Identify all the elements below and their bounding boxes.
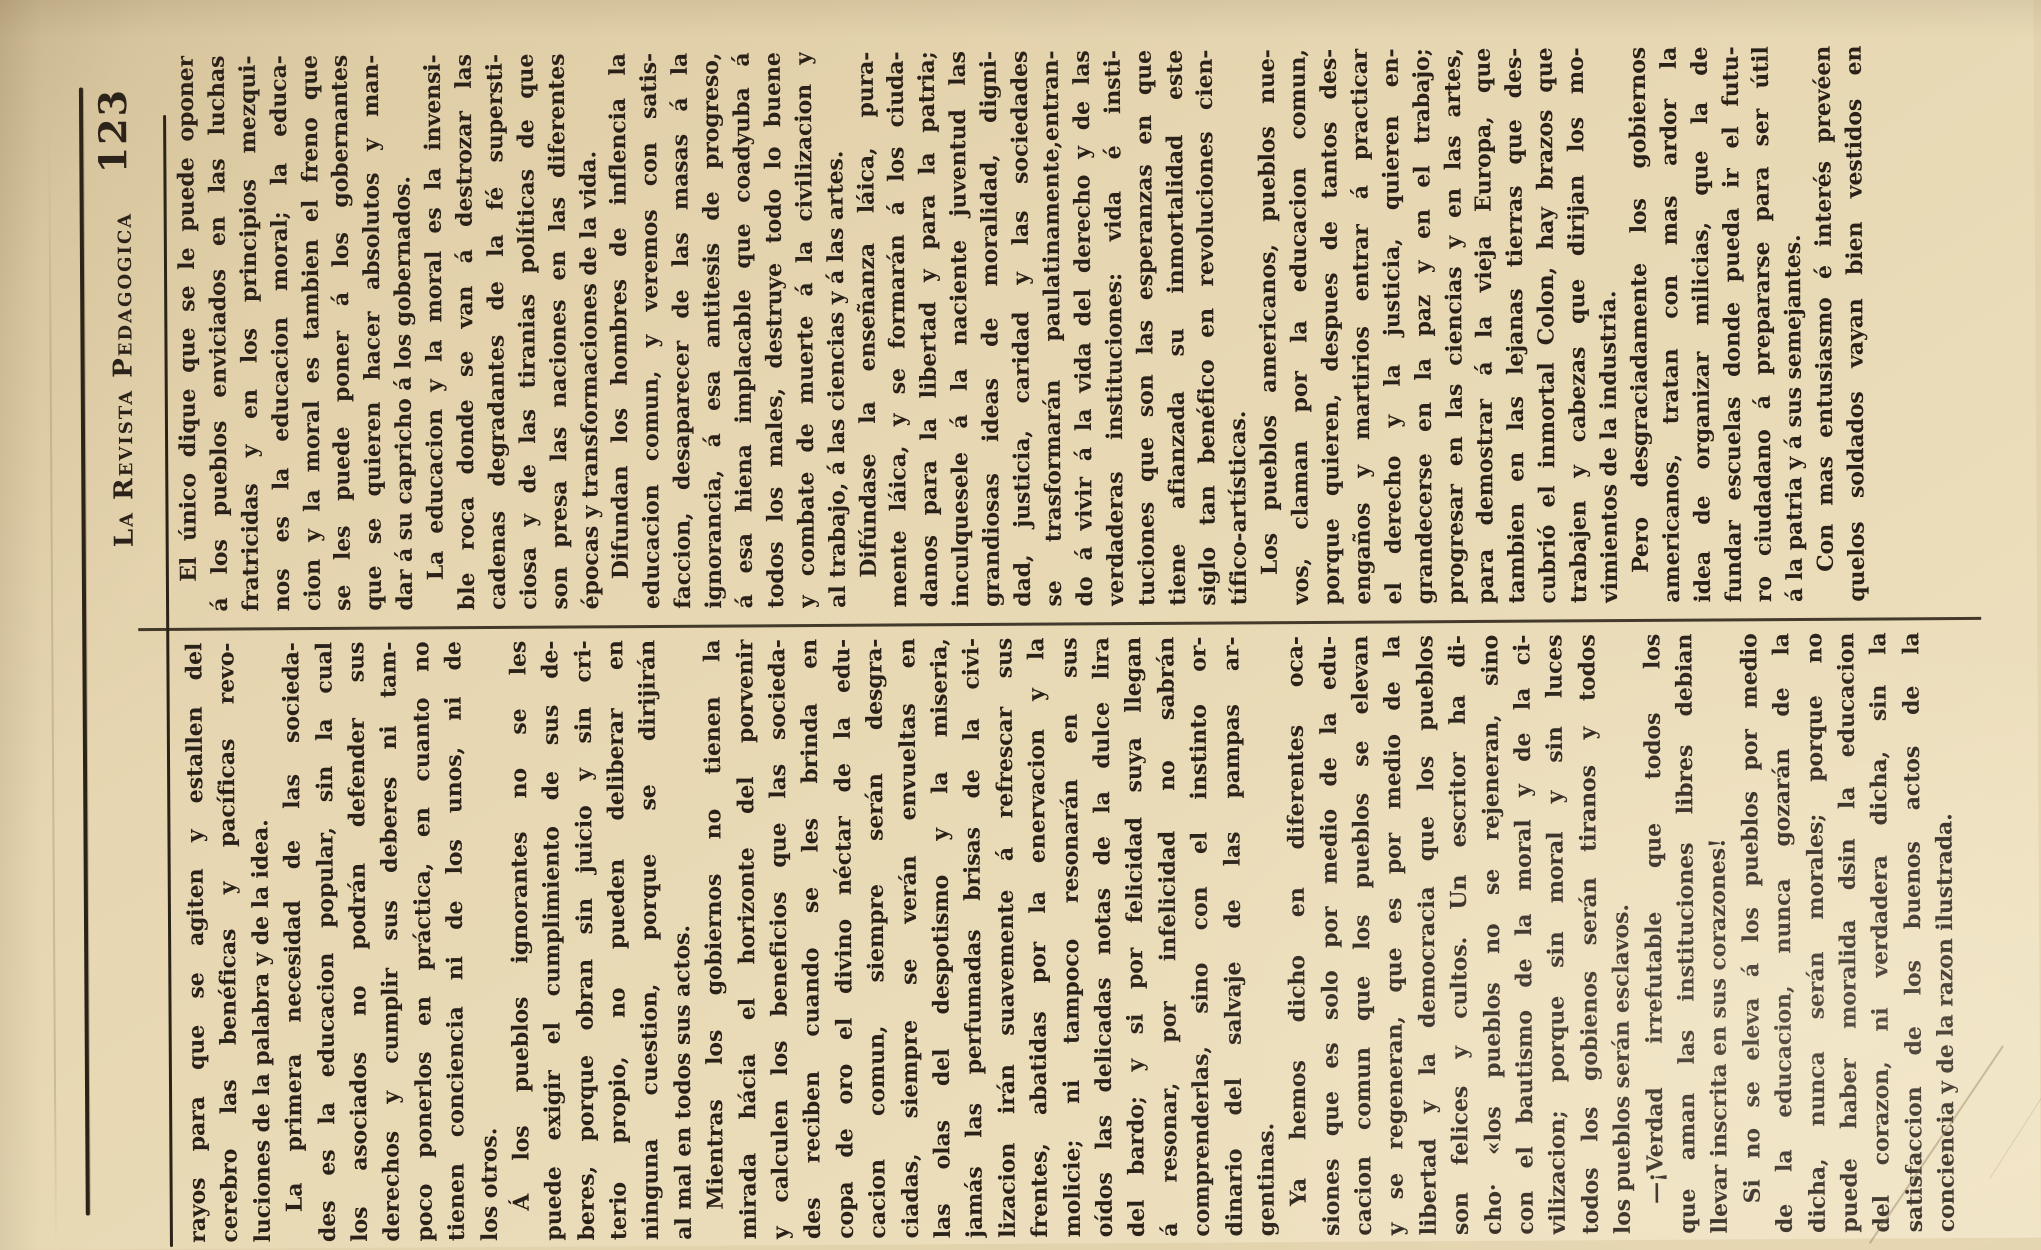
text-line: des es la educacion popular, sin la cual xyxy=(308,642,344,1242)
text-line: mente láica, y se formarán á los ciuda- xyxy=(881,51,915,607)
text-line: beres, porque obran sin juicio y sin cri… xyxy=(567,640,603,1240)
text-line: al mal en todos sus actos. xyxy=(664,640,700,1240)
text-line: cadenas degradantes de la fé supersti- xyxy=(480,54,514,610)
text-line: grandecerse en la paz y en el trabajo; xyxy=(1406,48,1440,604)
page-number: 123 xyxy=(90,88,136,174)
text-line: y calculen los beneficios que las socied… xyxy=(761,639,797,1239)
text-line: llevar inscrita en sus corazones! xyxy=(1701,633,1737,1233)
text-line: dar á su capricho á los gobernados. xyxy=(387,54,421,610)
text-line: tienen conciencia ni de los unos, ni de xyxy=(437,641,473,1241)
text-line: Los pueblos americanos, pueblos nue- xyxy=(1252,49,1286,605)
text-line: tuciones que son las esperanzas en que xyxy=(1128,50,1162,606)
text-line: comprenderlas, sino con el instinto or- xyxy=(1182,637,1218,1237)
text-line: Difúndase la enseñanza láica, pura- xyxy=(850,52,884,608)
paper-crease-corner-faint xyxy=(1990,1052,2041,1179)
text-column-left: rayos para que se agiten y estallen delc… xyxy=(178,632,1963,1243)
text-line: Pero desgraciadamente los gobiernos xyxy=(1623,47,1657,603)
text-line: ro ciudadano á prepararse para ser útil xyxy=(1746,46,1780,602)
text-line: luciones de la palabra y de la idea. xyxy=(243,642,279,1242)
text-line: terio propio, no pueden deliberar en xyxy=(599,640,635,1240)
header-rule-top xyxy=(79,87,90,1215)
text-line: conciencia y de la razon ilustrada. xyxy=(1927,632,1963,1232)
text-line: ninguna cuestion, porque se dirijirán xyxy=(632,640,668,1240)
text-line: vos, claman por la educacion comun, xyxy=(1283,49,1317,605)
text-line: Mientras los gobiernos no tienen la xyxy=(697,640,733,1240)
text-line: tambien en las lejanas tierras que des- xyxy=(1499,48,1533,604)
text-line: de la educacion, nunca gozarán de la xyxy=(1765,633,1801,1233)
text-line: ble roca donde se van á destrozar las xyxy=(449,54,483,610)
text-line: Si no se eleva á los pueblos por medio xyxy=(1733,633,1769,1233)
text-line: Ya hemos dicho en diferentes oca- xyxy=(1280,636,1316,1236)
text-line: copa de oro el divino néctar de la edu- xyxy=(826,639,862,1239)
text-line: mirada hácia el horizonte del porvenir xyxy=(729,639,765,1239)
text-line: los otros. xyxy=(470,641,506,1241)
text-line: que se quieren hacer absolutos y man- xyxy=(356,55,390,611)
text-line: inculquesele á la naciente juventud las xyxy=(943,51,977,607)
text-line: —¡Verdad irrefutable que todos los xyxy=(1636,634,1672,1234)
text-line: ignorancia, á esa antitesis de progreso, xyxy=(696,53,730,609)
text-line: siglo tan benéfico en revoluciones cien- xyxy=(1190,50,1224,606)
text-line: La educacion y la moral es la invensi- xyxy=(418,54,452,610)
text-line: idea de organizar milicias, que la de xyxy=(1684,46,1718,602)
text-line: trabajen y cabezas que dirijan los mo- xyxy=(1561,47,1595,603)
text-line: todos los gobienos serán tiranos y todos xyxy=(1571,634,1607,1234)
journal-title: La Revista Pedagogica xyxy=(108,212,140,548)
text-line: dicha, nunca serán morales; porque no xyxy=(1798,633,1834,1233)
text-line: gentinas. xyxy=(1247,636,1283,1236)
text-line: des reciben cuando se les brinda en xyxy=(794,639,830,1239)
text-line: satisfaccion de los buenos actos de la xyxy=(1895,632,1931,1232)
column-divider-rule xyxy=(138,617,1981,631)
text-line: las olas del despotismo y la miseria, xyxy=(923,638,959,1238)
text-line: y combate de muerte á la civilizacion y xyxy=(789,52,823,608)
text-line: derechos y cumplir sus deberes ni tam- xyxy=(373,642,409,1242)
text-line: El único dique que se le puede oponer xyxy=(171,56,205,612)
text-line: del bardo; y si por felicidad suya llega… xyxy=(1118,637,1154,1237)
text-line: Á los pueblos ignorantes no se les xyxy=(502,641,538,1241)
text-line: frentes, abatidas por la enervacion y la xyxy=(1020,638,1056,1238)
text-line: cho· «los pueblos no se rejeneran, sino xyxy=(1474,635,1510,1235)
text-line: para demostrar á la vieja Europa, que xyxy=(1468,48,1502,604)
text-line: y se regeneran, que es por medio de la xyxy=(1377,635,1413,1235)
text-line: todos los males, destruye todo lo buene xyxy=(758,52,792,608)
text-line: cacion comun, siempre serán desgra- xyxy=(858,639,894,1239)
text-line: son presa las naciones en las diferentes xyxy=(541,53,575,609)
text-line: del corazon, ni verdadera dicha, sin la xyxy=(1863,632,1899,1232)
text-line: lizacion irán suavemente á refrescar sus xyxy=(988,638,1024,1238)
text-line: con el bautismo de la moral y de la ci- xyxy=(1506,635,1542,1235)
text-line: Con mas entusiasmo é interés prevéen xyxy=(1808,46,1842,602)
text-line: porque quieren, despues de tantos des- xyxy=(1314,49,1348,605)
text-line: se les puede poner á los gobernantes xyxy=(325,55,359,611)
text-line: progresar en las ciencias y en las artes… xyxy=(1437,48,1471,604)
text-line: do á vivir á la vida del derecho y de la… xyxy=(1067,50,1101,606)
text-line: puede exigir el cumplimiento de sus de- xyxy=(535,641,571,1241)
text-line: nos es la educacion moral; la educa- xyxy=(263,55,297,611)
text-line: molicie; ni tampoco resonarán en sus xyxy=(1053,637,1089,1237)
text-line: fratricidas y en los principios mezqui- xyxy=(232,55,266,611)
text-line: á resonar, por infelicidad no sabrán xyxy=(1150,637,1186,1237)
text-line: son felices y cultos. Un escritor ha di- xyxy=(1442,635,1478,1235)
text-line: americanos, tratan con mas ardor la xyxy=(1653,47,1687,603)
text-line: rayos para que se agiten y estallen del xyxy=(178,643,214,1243)
text-line: verdaderas instituciones: vida é insti- xyxy=(1097,50,1131,606)
text-line: el derecho y la justicia, quieren en- xyxy=(1375,48,1409,604)
text-line: educacion comun, y veremos con satis- xyxy=(634,53,668,609)
text-line: tífico-artísticas. xyxy=(1221,49,1255,605)
scanned-page-screenshot: La Revista Pedagogica 123 rayos para que… xyxy=(0,0,2041,1250)
text-line: tiene afianzada su inmortalidad este xyxy=(1159,50,1193,606)
text-line: cerebro las benéficas y pacíficas revo- xyxy=(211,643,247,1243)
text-line: oídos las delicadas notas de la dulce li… xyxy=(1085,637,1121,1237)
text-line: puede haber moralida dsin la educacion xyxy=(1830,633,1866,1233)
text-line: quelos soldados vayan bien vestidos en xyxy=(1839,46,1873,602)
text-line: faccion, desaparecer de las masas á la xyxy=(665,53,699,609)
text-line: dad, justicia, caridad y las sociedades xyxy=(1005,51,1039,607)
text-line: poco ponerlos en práctica, en cuanto no xyxy=(405,641,441,1241)
text-line: fundar escuelas donde pueda ir el futu- xyxy=(1715,46,1749,602)
text-line: los pueblos serán esclavos. xyxy=(1603,634,1639,1234)
text-line: á los pueblos enviciados en las luchas xyxy=(202,56,236,612)
text-line: cion y la moral es tambien el freno que xyxy=(294,55,328,611)
text-line: libertad y la democracia que los pueblos xyxy=(1409,635,1445,1235)
text-line: cubrió el inmortal Colon, hay brazos que xyxy=(1530,47,1564,603)
text-line: ciosa y de las tiranias políticas de que xyxy=(510,54,544,610)
text-line: al trabajo, á las ciencias y á las artes… xyxy=(819,52,853,608)
text-line: ciadas, siempre se verán envueltas en xyxy=(891,638,927,1238)
text-line: danos para la libertad y para la patria; xyxy=(912,51,946,607)
text-line: La primera necesidad de las socieda- xyxy=(275,642,311,1242)
paper-crease-top xyxy=(48,135,57,1250)
text-line: se trasformarán paulatinamente,entran- xyxy=(1036,50,1070,606)
text-line: vimientos de la industria. xyxy=(1592,47,1626,603)
text-line: vilizacion; porque sin moral y sin luces xyxy=(1539,634,1575,1234)
text-line: que aman las instituciones libres debian xyxy=(1668,634,1704,1234)
text-line: engaños y martirios entrar á practicar xyxy=(1345,49,1379,605)
text-line: dinario del salvaje de las pampas ar- xyxy=(1215,636,1251,1236)
magazine-page: La Revista Pedagogica 123 rayos para que… xyxy=(0,0,2041,1250)
text-line: siones que es solo por medio de la edu- xyxy=(1312,636,1348,1236)
text-line: á la patria y á sus semejantes. xyxy=(1777,46,1811,602)
text-column-right: El único dique que se le puede oponerá l… xyxy=(171,46,1873,612)
text-line: los asociados no podrán defender sus xyxy=(340,642,376,1242)
text-line: Difundan los hombres de inflencia la xyxy=(603,53,637,609)
text-line: cacion comun que los pueblos se elevan xyxy=(1344,636,1380,1236)
text-line: á esa hiena implacable que coadyuba á xyxy=(727,52,761,608)
text-line: épocas y transformaciones de la vida. xyxy=(572,53,606,609)
text-line: jamás las perfumadas brisas de la civi- xyxy=(956,638,992,1238)
text-line: grandiosas ideas de moralidad, digni- xyxy=(974,51,1008,607)
